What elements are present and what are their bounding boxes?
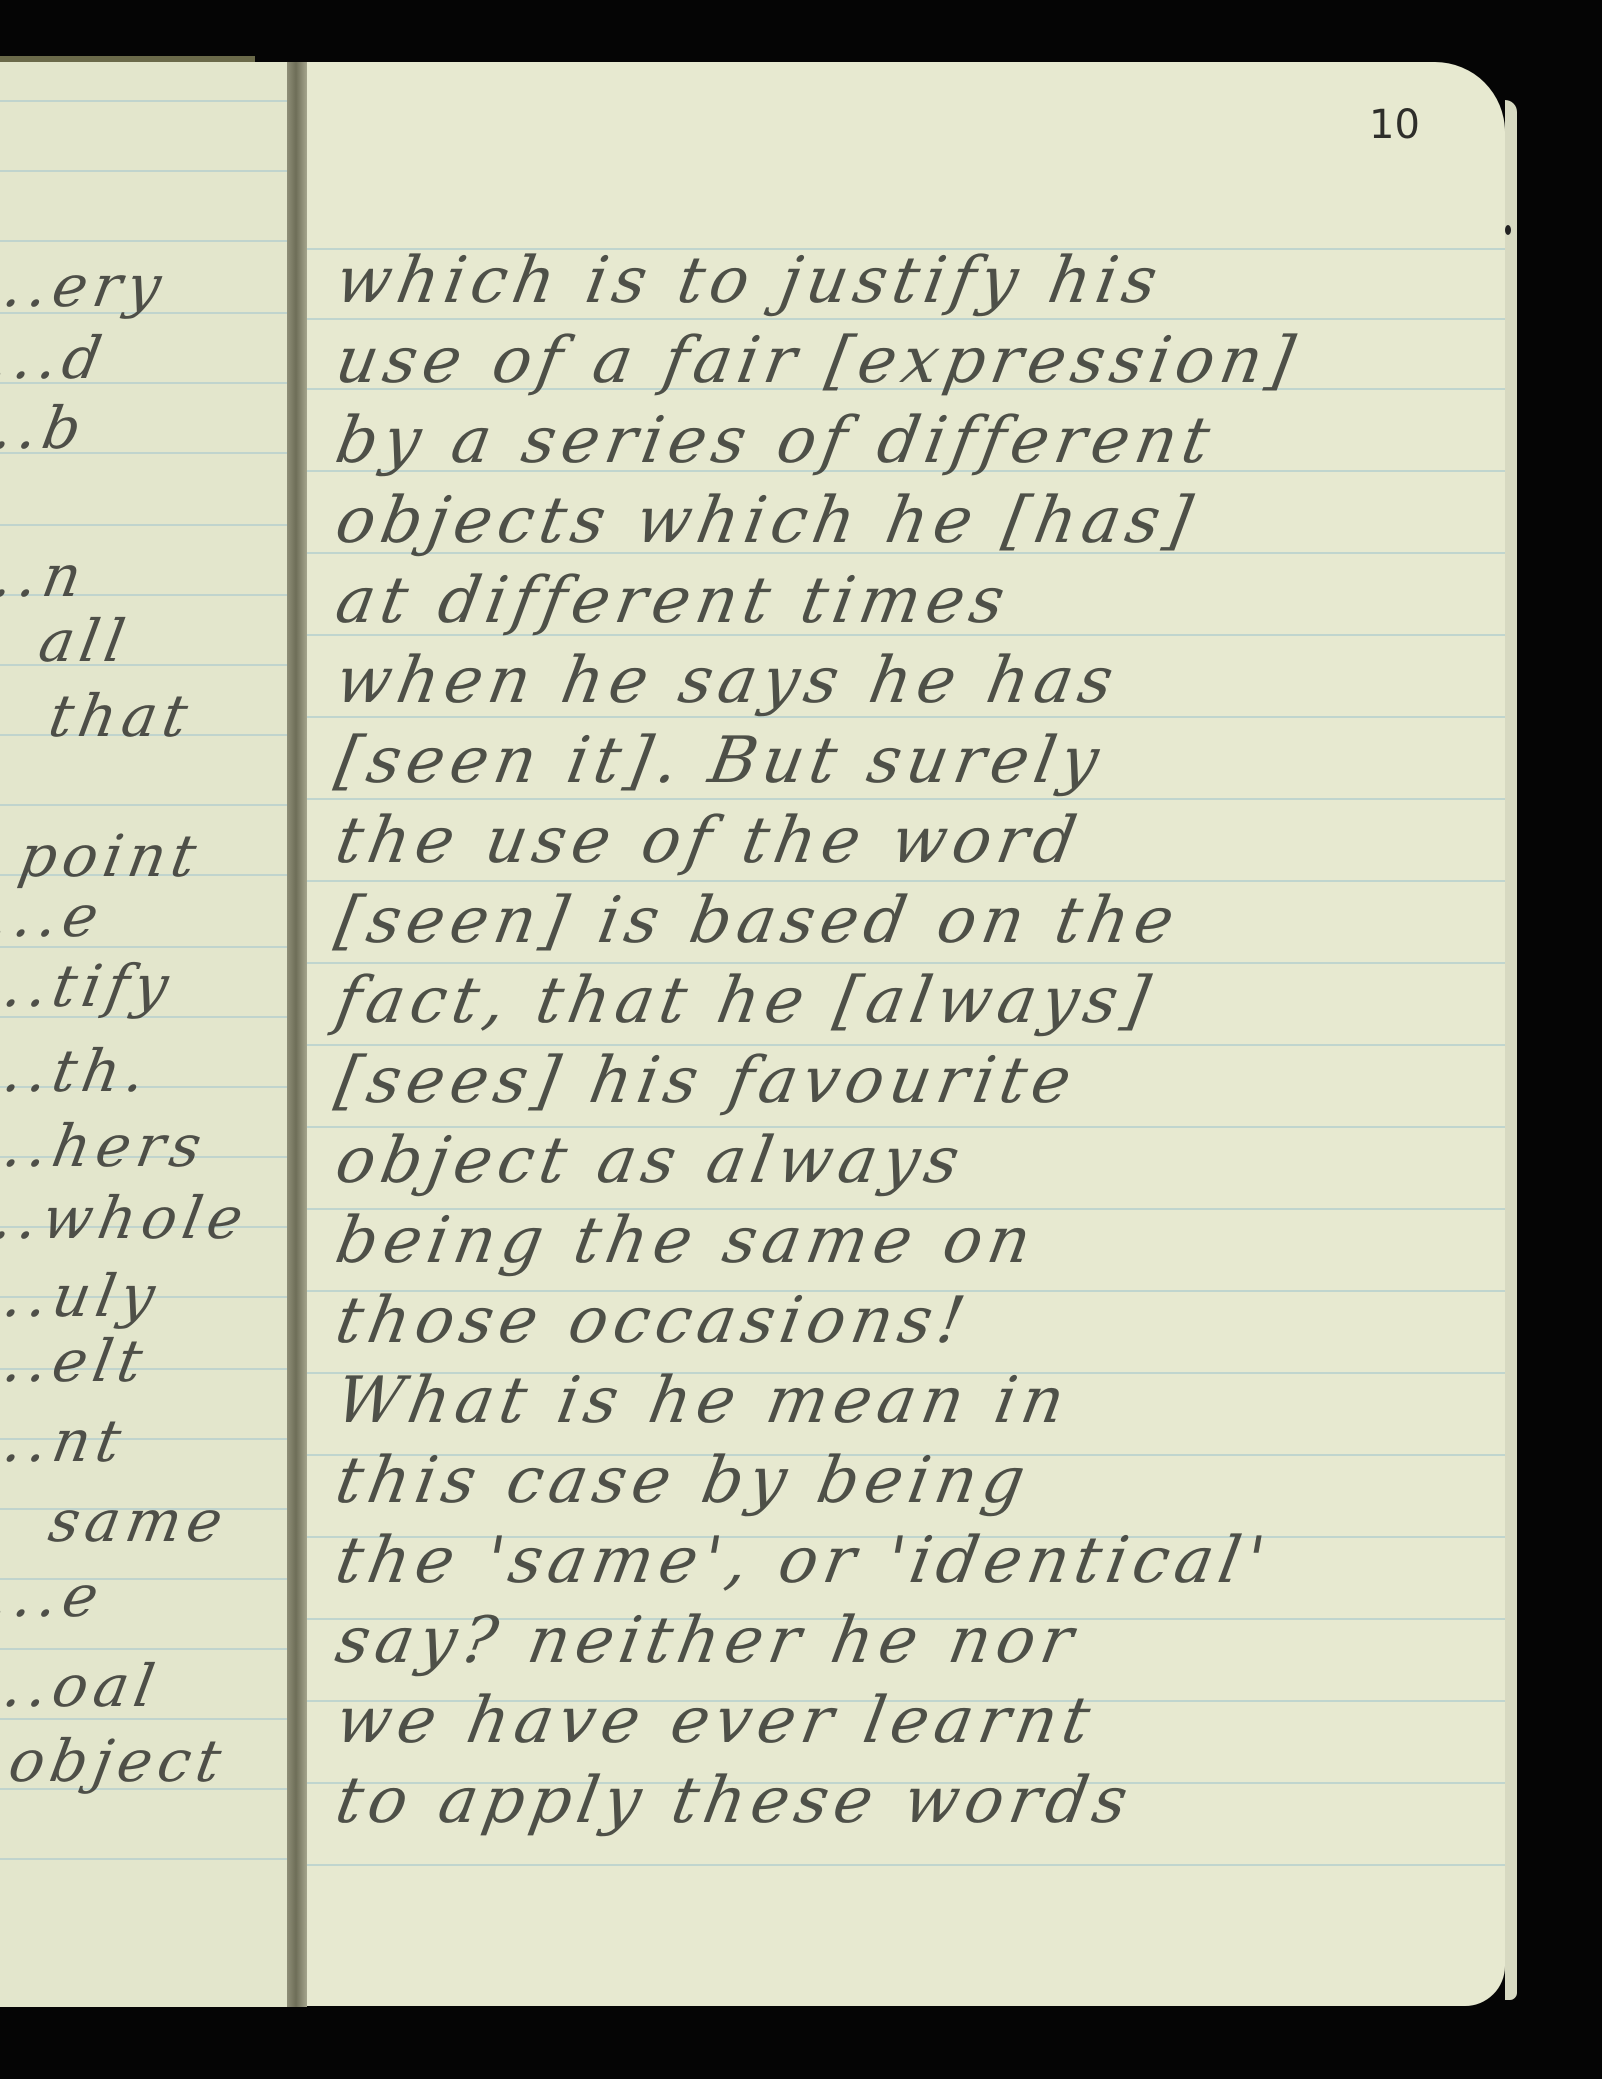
- handwritten-line: use of a fair [expression]: [330, 324, 1305, 398]
- handwritten-line: by a series of different: [330, 404, 1221, 478]
- handwritten-line: [seen it]. But surely: [330, 724, 1109, 798]
- left-fragment: ...e: [0, 882, 110, 950]
- left-fragment: ...uly: [0, 1262, 166, 1330]
- left-fragment: ...hers: [0, 1112, 212, 1180]
- rule-line: [0, 240, 287, 242]
- handwritten-line: which is to justify his: [330, 244, 1168, 318]
- left-fragment: ...elt: [0, 1327, 153, 1395]
- handwritten-line: the 'same', or 'identical': [330, 1524, 1275, 1598]
- left-fragment: ...tify: [0, 952, 179, 1020]
- notebook-gutter: [287, 62, 307, 2007]
- left-fragment: all: [34, 607, 136, 675]
- rule-line: [0, 170, 287, 172]
- left-fragment: ...ery: [0, 252, 172, 320]
- rule-line: [307, 798, 1505, 800]
- handwritten-line: this case by being: [330, 1444, 1036, 1518]
- left-fragment: ...n: [0, 542, 93, 610]
- left-fragment: object: [4, 1727, 232, 1795]
- rule-line: [0, 100, 287, 102]
- left-fragment: ...b: [0, 394, 92, 462]
- left-fragment: ...nt: [0, 1407, 132, 1475]
- rule-line: [307, 880, 1505, 882]
- handwritten-line: when he says he has: [330, 644, 1124, 718]
- left-fragment: ...whole: [0, 1184, 254, 1252]
- handwritten-line: to apply these words: [330, 1764, 1138, 1838]
- right-page: 10 which is to justify his use of a fair…: [307, 62, 1505, 2006]
- left-page: ...ery ...d ...b ...n all that point ...…: [0, 62, 287, 2007]
- left-fragment: ...e: [0, 1562, 110, 1630]
- rule-line: [307, 318, 1505, 320]
- rule-line: [0, 1648, 287, 1650]
- left-fragment: that: [44, 682, 199, 750]
- handwritten-line: objects which he [has]: [330, 484, 1202, 558]
- left-fragment: point: [14, 822, 207, 890]
- handwritten-line: being the same on: [330, 1204, 1042, 1278]
- handwritten-line: object as always: [330, 1124, 970, 1198]
- handwritten-line: those occasions!: [330, 1284, 976, 1358]
- rule-line: [0, 804, 287, 806]
- handwritten-line: What is he mean in: [330, 1364, 1075, 1438]
- left-fragment: ...th.: [0, 1037, 156, 1105]
- rule-line: [307, 1864, 1505, 1866]
- handwritten-line: we have ever learnt: [330, 1684, 1101, 1758]
- page-stack-edge: [1505, 100, 1517, 2000]
- rule-line: [0, 1858, 287, 1860]
- left-fragment: ...d: [0, 324, 112, 392]
- left-fragment: same: [44, 1487, 234, 1555]
- handwritten-line: [sees] his favourite: [330, 1044, 1082, 1118]
- rule-line: [0, 524, 287, 526]
- handwritten-line: at different times: [330, 564, 1015, 638]
- handwritten-line: [seen] is based on the: [330, 884, 1185, 958]
- ink-mark: [1505, 225, 1511, 235]
- left-fragment: ...oal: [0, 1652, 165, 1720]
- handwritten-line: the use of the word: [330, 804, 1087, 878]
- page-number: 10: [1369, 102, 1420, 148]
- handwritten-line: say? neither he nor: [330, 1604, 1084, 1678]
- handwritten-line: fact, that he [always]: [330, 964, 1160, 1038]
